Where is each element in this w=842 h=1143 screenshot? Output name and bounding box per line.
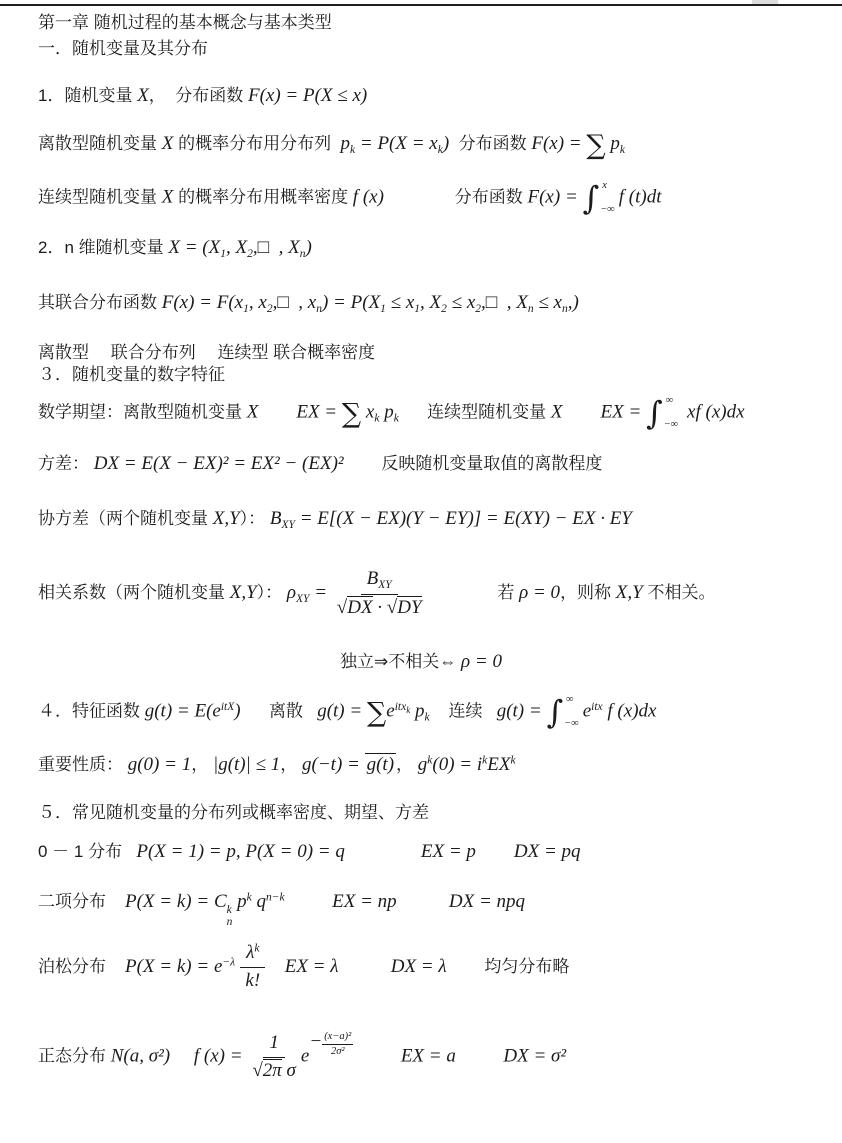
cjk-run: ）： bbox=[240, 509, 270, 528]
cjk-run: 1．随机变量 bbox=[38, 86, 137, 105]
line-binomial: 二项分布 P(X = k) = Ckn pk qn−k EX = np DX =… bbox=[38, 890, 525, 928]
math-run: p bbox=[379, 401, 393, 422]
cjk-run: ， bbox=[280, 755, 297, 774]
superscript: n−k bbox=[266, 892, 285, 904]
chapter-title-text: 第一章 随机过程的基本概念与基本类型 bbox=[38, 13, 332, 32]
line-section-heading: 一．随机变量及其分布 bbox=[38, 38, 208, 59]
overline: g(t) bbox=[365, 753, 396, 775]
math-run: ,□ , X bbox=[253, 237, 300, 258]
math-run: P(X = 1) = p, P(X = 0) = q EX = p DX = p… bbox=[122, 841, 580, 862]
cjk-run: 二项分布 bbox=[38, 892, 106, 911]
math-run: X bbox=[551, 401, 563, 422]
cjk-run: 离散型 联合分布列 连续型 联合概率密度 bbox=[38, 343, 375, 362]
math-run: f (x) bbox=[353, 186, 384, 207]
line-correlation: 相关系数（两个随机变量 X,Y）： ρXY = BXY√DX · √DY 若 ρ… bbox=[38, 568, 715, 619]
subscript: XY bbox=[282, 519, 295, 531]
math-run: p bbox=[606, 133, 620, 154]
document-page: { "page": {"background": "#ffffff", "tex… bbox=[0, 0, 842, 1143]
math-run: xf (x)dx bbox=[682, 401, 744, 422]
math-run: e bbox=[386, 700, 394, 721]
math-run: F(x) = F(x bbox=[162, 292, 243, 313]
math-run: = E[(X − EX)(Y − EY)] = E(XY) − EX · EY bbox=[295, 508, 632, 529]
math-run: ≤ x bbox=[534, 292, 562, 313]
stack-subscript: n bbox=[227, 916, 233, 928]
math-run: = P(X = x bbox=[355, 133, 438, 154]
math-run: X,Y bbox=[213, 508, 240, 529]
cjk-run: 若 bbox=[427, 583, 520, 602]
math-run: x bbox=[361, 401, 374, 422]
math-run: P(X = k) = e bbox=[106, 956, 222, 977]
cjk-run: 连续型随机变量 bbox=[38, 187, 162, 206]
denominator: k! bbox=[245, 968, 260, 993]
integral-upper-limit: x bbox=[602, 181, 607, 192]
math-run: B bbox=[270, 508, 282, 529]
math-run: ,) bbox=[568, 292, 579, 313]
superscript: k bbox=[511, 755, 516, 767]
cjk-run: 均匀分布略 bbox=[447, 957, 570, 976]
cjk-run: 反映随机变量取值的离散程度 bbox=[344, 454, 603, 473]
math-run: ) bbox=[305, 237, 311, 258]
line-cf-properties: 重要性质： g(0) = 1， |g(t)| ≤ 1， g(−t) = g(t)… bbox=[38, 753, 516, 777]
numerator: 1 bbox=[263, 1032, 285, 1058]
integral-lower-limit: −∞ bbox=[600, 205, 615, 216]
numerator: BXY bbox=[361, 568, 398, 595]
superscript: itxk bbox=[395, 701, 411, 713]
math-run: X bbox=[162, 186, 174, 207]
cjk-run: 的概率分布用概率密度 bbox=[173, 187, 352, 206]
subscript: XY bbox=[296, 593, 309, 605]
math-run: F(x) = bbox=[531, 133, 586, 154]
math-run: e bbox=[583, 700, 591, 721]
line-expectation: 数学期望：离散型随机变量 X EX = ∑ xk pk 连续型随机变量 X EX… bbox=[38, 396, 745, 430]
line-covariance: 协方差（两个随机变量 X,Y）： BXY = E[(X − EX)(Y − EY… bbox=[38, 507, 632, 532]
line-poisson: 泊松分布 P(X = k) = e−λλkk! EX = λ DX = λ 均匀… bbox=[38, 942, 569, 993]
line-bernoulli: 0 － 1 分布 P(X = 1) = p, P(X = 0) = q EX =… bbox=[38, 840, 581, 864]
math-run: EX bbox=[487, 754, 510, 775]
radical-symbol: √ bbox=[252, 1060, 262, 1081]
cjk-run: ３．随机变量的数字特征 bbox=[38, 365, 225, 384]
math-run: X bbox=[162, 133, 174, 154]
line-normal: 正态分布 N(a, σ²) f (x) = 1√2π σe−(x−a)²2σ² … bbox=[38, 1030, 566, 1082]
cjk-run: 独立⇒不相关⇔ bbox=[340, 652, 461, 671]
integral-symbol: ∫x−∞ bbox=[583, 181, 619, 215]
exponent-fraction: (x−a)²2σ² bbox=[322, 1030, 353, 1058]
math-run: F(x) = P(X ≤ x) bbox=[248, 85, 367, 106]
sum-symbol: ∑ bbox=[586, 130, 605, 161]
subscript: XY bbox=[378, 579, 391, 591]
cjk-run: 泊松分布 bbox=[38, 957, 106, 976]
math-run: DX = E(X − EX)² = EX² − (EX)² bbox=[94, 453, 344, 474]
math-run: ,□ , x bbox=[273, 292, 317, 313]
math-run: g(t) = E(e bbox=[145, 700, 221, 721]
cjk-run: ， 分布函数 bbox=[149, 86, 248, 105]
line-joint-types: 离散型 联合分布列 连续型 联合概率密度 bbox=[38, 342, 375, 363]
cjk-run: 连续 bbox=[430, 701, 483, 720]
line-characteristic-function: ４．特征函数 g(t) = E(eitX) 离散 g(t) = ∑eitxk p… bbox=[38, 695, 656, 729]
line-numeric-features-heading: ３．随机变量的数字特征 bbox=[38, 364, 225, 385]
math-run: f (x) = bbox=[170, 1046, 247, 1067]
cjk-run: 不相关。 bbox=[643, 583, 716, 602]
math-run: = bbox=[309, 582, 331, 603]
math-run: g(t) = bbox=[482, 700, 546, 721]
math-run: g bbox=[413, 754, 427, 775]
radical: √DY bbox=[387, 596, 422, 618]
denominator: √DX · √DY bbox=[337, 595, 422, 620]
math-run: X bbox=[247, 401, 259, 422]
superscript: −λ bbox=[222, 956, 235, 968]
math-run: X = (X bbox=[168, 237, 220, 258]
cjk-run: ５．常见随机变量的分布列或概率密度、期望、方差 bbox=[38, 803, 429, 822]
math-run: F(x) = bbox=[528, 186, 583, 207]
superscript: itx bbox=[591, 701, 603, 713]
math-run: , X bbox=[420, 292, 441, 313]
math-run: EX = np DX = npq bbox=[285, 891, 525, 912]
cjk-run: ， bbox=[191, 755, 208, 774]
math-run: ≤ x bbox=[386, 292, 414, 313]
math-run: ρ bbox=[287, 582, 296, 603]
cjk-run: 的概率分布用分布列 bbox=[173, 134, 340, 153]
radical: √2π bbox=[252, 1059, 281, 1081]
math-run: f (t)dt bbox=[619, 186, 662, 207]
math-run: (0) = i bbox=[432, 754, 482, 775]
math-run: X,Y bbox=[230, 582, 257, 603]
math-run: P(X = k) = C bbox=[106, 891, 227, 912]
cjk-run: 相关系数（两个随机变量 bbox=[38, 583, 230, 602]
cjk-run: 分布函数 bbox=[449, 134, 531, 153]
math-run: ) = P(X bbox=[322, 292, 380, 313]
cjk-run: 协方差（两个随机变量 bbox=[38, 509, 213, 528]
superscript: itX bbox=[221, 701, 234, 713]
math-run: ρ = 0 bbox=[461, 651, 502, 672]
line-common-distributions-heading: ５．常见随机变量的分布列或概率密度、期望、方差 bbox=[38, 802, 429, 823]
math-run: g(0) = 1 bbox=[128, 754, 191, 775]
cjk-run: ， bbox=[396, 755, 413, 774]
line-discrete-distribution: 离散型随机变量 X 的概率分布用分布列 pk = P(X = xk) 分布函数 … bbox=[38, 132, 625, 159]
numerator: λk bbox=[240, 942, 265, 968]
integral-lower-limit: −∞ bbox=[564, 719, 579, 730]
cjk-run: 离散 bbox=[241, 701, 303, 720]
fraction: 1√2π σ bbox=[252, 1032, 296, 1083]
cjk-run: 离散型随机变量 bbox=[38, 134, 162, 153]
line-independence-implication: 独立⇒不相关⇔ ρ = 0 bbox=[0, 650, 842, 674]
section-heading-text: 一．随机变量及其分布 bbox=[38, 39, 208, 58]
integral-upper-limit: ∞ bbox=[566, 695, 574, 706]
denominator: √2π σ bbox=[252, 1058, 296, 1083]
math-run: EX = bbox=[258, 401, 342, 422]
page-top-border bbox=[0, 4, 842, 6]
cjk-run: 正态分布 bbox=[38, 1047, 111, 1066]
cjk-run: 2．n 维随机变量 bbox=[38, 238, 168, 257]
math-run: p bbox=[232, 891, 246, 912]
math-run: g(−t) = bbox=[297, 754, 364, 775]
superscript: k bbox=[254, 943, 259, 955]
math-run: f (x)dx bbox=[603, 700, 657, 721]
fraction: λkk! bbox=[240, 942, 265, 993]
math-run: p bbox=[341, 133, 351, 154]
math-run: ρ = 0 bbox=[519, 582, 560, 603]
line-variance: 方差： DX = E(X − EX)² = EX² − (EX)² 反映随机变量… bbox=[38, 452, 602, 476]
cjk-run: 连续型随机变量 bbox=[399, 402, 551, 421]
math-run: X,Y bbox=[616, 582, 643, 603]
cjk-run: ，则称 bbox=[560, 583, 616, 602]
integral-lower-limit: −∞ bbox=[664, 420, 679, 431]
cjk-run: ４．特征函数 bbox=[38, 701, 145, 720]
math-run: N(a, σ²) bbox=[111, 1046, 170, 1067]
radical: √DX bbox=[337, 596, 373, 618]
line-random-variable-def: 1．随机变量 X， 分布函数 F(x) = P(X ≤ x) bbox=[38, 84, 367, 108]
math-run: , X bbox=[226, 237, 247, 258]
math-run: p bbox=[410, 700, 424, 721]
math-run: |g(t)| ≤ 1 bbox=[208, 754, 280, 775]
stack-superscript: k bbox=[227, 904, 232, 916]
math-run: EX = a DX = σ² bbox=[353, 1046, 566, 1067]
exponent: −(x−a)²2σ² bbox=[309, 1039, 353, 1050]
cjk-run: 0 － 1 分布 bbox=[38, 842, 122, 861]
cjk-run: 重要性质： bbox=[38, 755, 128, 774]
line-joint-cdf: 其联合分布函数 F(x) = F(x1, x2,□ , xn) = P(X1 ≤… bbox=[38, 291, 579, 316]
line-n-dim-variable: 2．n 维随机变量 X = (X1, X2,□ , Xn) bbox=[38, 236, 312, 261]
math-run: ≤ x bbox=[447, 292, 475, 313]
sum-symbol: ∑ bbox=[342, 398, 361, 429]
math-run: q bbox=[252, 891, 266, 912]
cjk-run: 数学期望：离散型随机变量 bbox=[38, 402, 247, 421]
line-chapter-title: 第一章 随机过程的基本概念与基本类型 bbox=[38, 12, 332, 33]
page-corner-mark bbox=[752, 0, 778, 4]
integral-upper-limit: ∞ bbox=[666, 396, 674, 407]
integral-symbol: ∫∞−∞ bbox=[646, 396, 682, 430]
radical-symbol: √ bbox=[387, 597, 397, 618]
math-run: EX = bbox=[563, 401, 647, 422]
radical-symbol: √ bbox=[337, 597, 347, 618]
math-run: EX = λ DX = λ bbox=[270, 956, 446, 977]
math-run: g(t) = bbox=[303, 700, 367, 721]
math-run: X bbox=[137, 85, 149, 106]
fraction: BXY√DX · √DY bbox=[337, 568, 422, 619]
cjk-run: 分布函数 bbox=[384, 187, 528, 206]
cjk-run: 其联合分布函数 bbox=[38, 293, 162, 312]
document-page-canvas: 第一章 随机过程的基本概念与基本类型 一．随机变量及其分布 1．随机变量 X， … bbox=[0, 0, 842, 1143]
math-run: , x bbox=[249, 292, 267, 313]
subscript: k bbox=[620, 144, 625, 156]
integral-symbol: ∫∞−∞ bbox=[546, 695, 582, 729]
line-continuous-density: 连续型随机变量 X 的概率分布用概率密度 f (x) 分布函数 F(x) = ∫… bbox=[38, 181, 662, 215]
math-run: ,□ , X bbox=[481, 292, 528, 313]
sum-symbol: ∑ bbox=[367, 697, 386, 728]
cjk-run: ）： bbox=[257, 583, 287, 602]
cjk-run: 方差： bbox=[38, 454, 94, 473]
